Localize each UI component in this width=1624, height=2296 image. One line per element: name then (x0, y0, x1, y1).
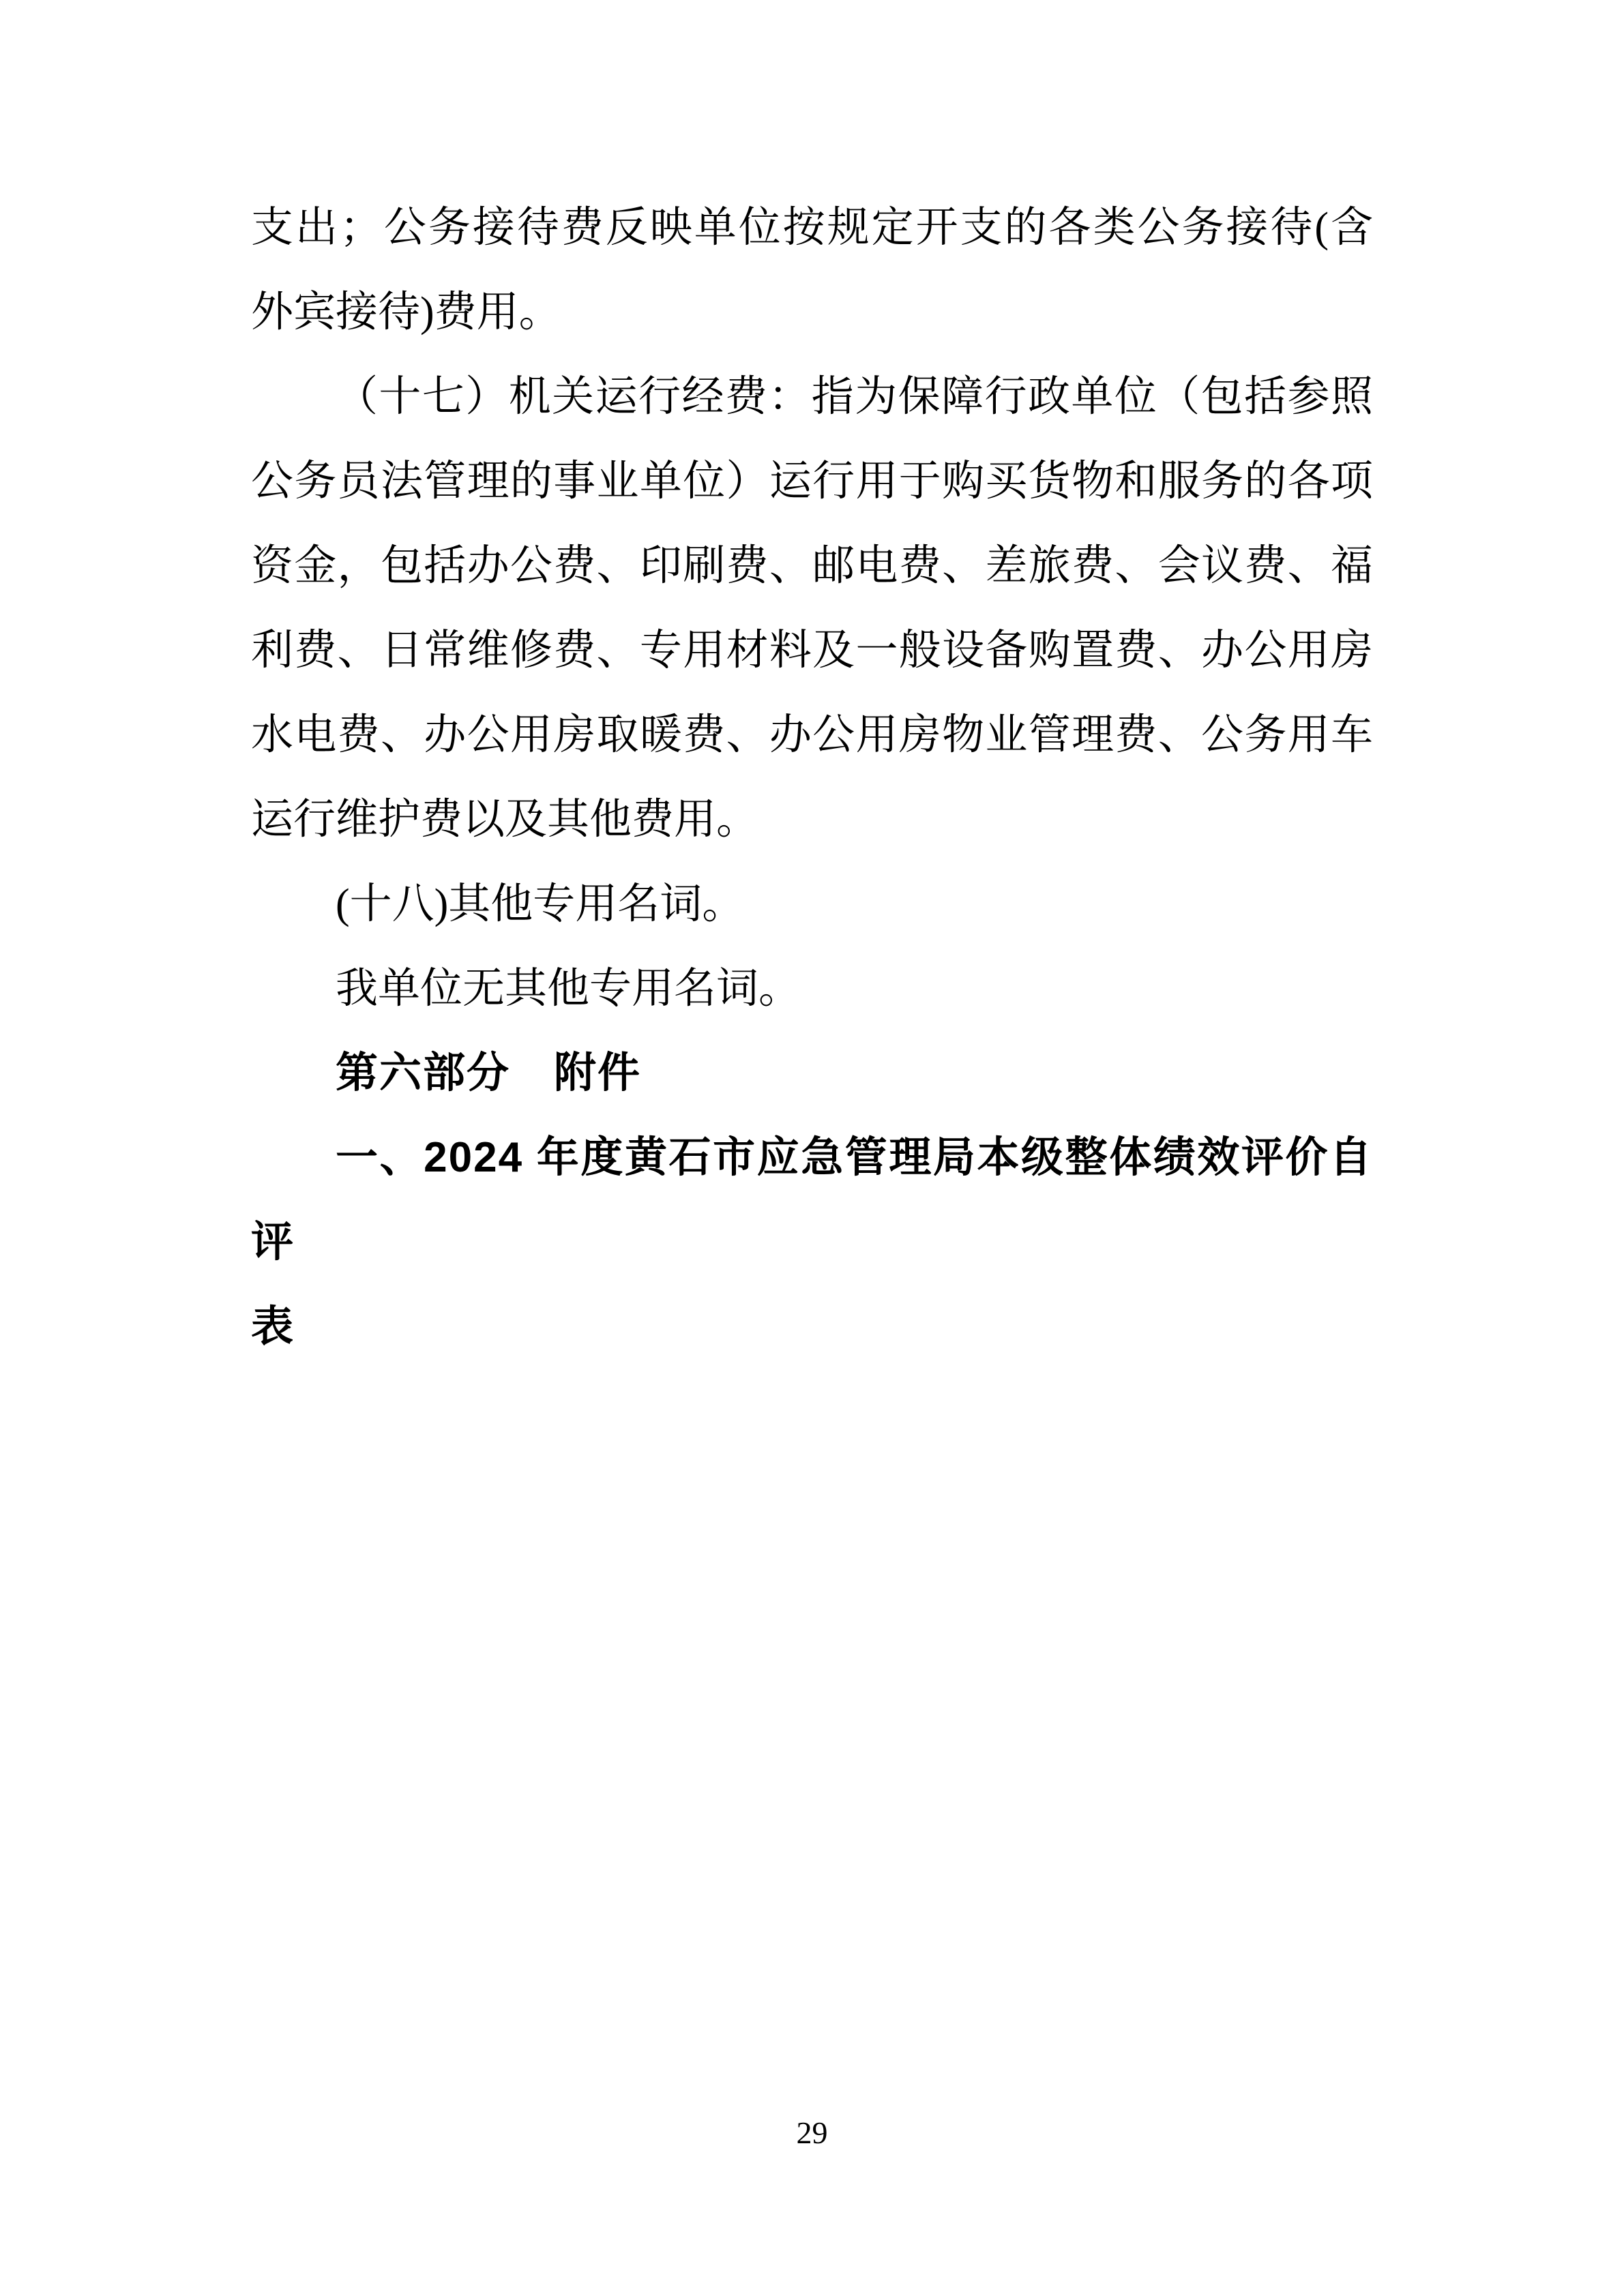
heading-part-six-attachment: 第六部分 附件 (251, 1031, 1373, 1116)
text-block: 支出；公务接待费反映单位按规定开支的各类公务接待(含外宾接待)费用。（十七）机关… (251, 185, 1373, 1369)
page-number: 29 (0, 2113, 1624, 2153)
para-18-other-terms: (十八)其他专用名词。 (251, 862, 1373, 946)
text-line: 外宾接待)费用。 (251, 270, 1373, 355)
text-line: 支出；公务接待费反映单位按规定开支的各类公务接待(含 (251, 185, 1373, 270)
text-line: （十七）机关运行经费：指为保障行政单位（包括参照 (251, 355, 1373, 439)
text-line: 利费、日常维修费、专用材料及一般设备购置费、办公用房 (251, 608, 1373, 693)
document-page: 支出；公务接待费反映单位按规定开支的各类公务接待(含外宾接待)费用。（十七）机关… (0, 0, 1624, 2296)
text-line: 我单位无其他专用名词。 (251, 946, 1373, 1031)
text-line: 第六部分 附件 (251, 1031, 1373, 1116)
para-no-other-terms: 我单位无其他专用名词。 (251, 946, 1373, 1031)
text-line: 资金，包括办公费、印刷费、邮电费、差旅费、会议费、福 (251, 524, 1373, 608)
text-line: 运行维护费以及其他费用。 (251, 777, 1373, 862)
para-hospitality-expense: 支出；公务接待费反映单位按规定开支的各类公务接待(含外宾接待)费用。 (251, 185, 1373, 355)
text-line: 一、2024 年度黄石市应急管理局本级整体绩效评价自评 (251, 1116, 1373, 1285)
text-line: (十八)其他专用名词。 (251, 862, 1373, 946)
heading-attachment-one-title: 一、2024 年度黄石市应急管理局本级整体绩效评价自评表 (251, 1116, 1373, 1369)
text-line: 公务员法管理的事业单位）运行用于购买货物和服务的各项 (251, 439, 1373, 524)
para-17-agency-operating-funds: （十七）机关运行经费：指为保障行政单位（包括参照公务员法管理的事业单位）运行用于… (251, 355, 1373, 862)
text-line: 水电费、办公用房取暖费、办公用房物业管理费、公务用车 (251, 693, 1373, 777)
text-line: 表 (251, 1285, 1373, 1369)
